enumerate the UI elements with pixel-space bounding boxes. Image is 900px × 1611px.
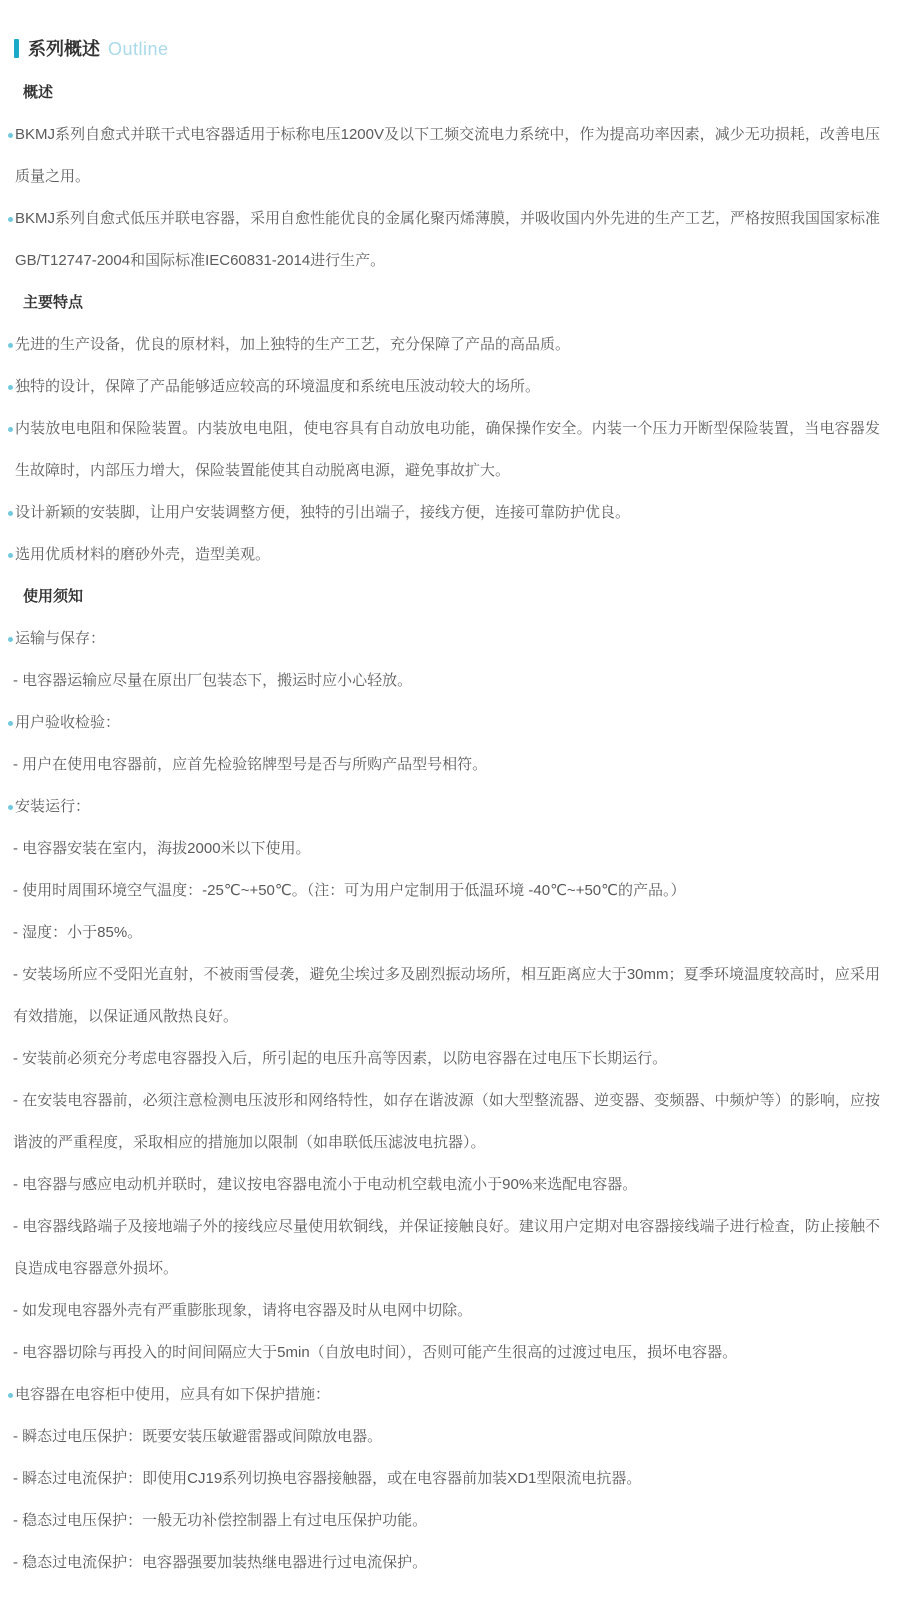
bullet-list-item: 内装放电电阻和保险装置。内装放电电阻，使电容具有自动放电功能，确保操作安全。内装… <box>0 408 880 492</box>
dash-list-item: - 用户在使用电容器前，应首先检验铭牌型号是否与所购产品型号相符。 <box>0 744 880 786</box>
list-item-text: - 瞬态过电压保护：既要安装压敏避雷器或间隙放电器。 <box>13 1428 382 1445</box>
list-item-text: - 使用时周围环境空气温度：-25℃~+50℃。（注：可为用户定制用于低温环境 … <box>13 882 685 899</box>
dash-list-item: - 安装前必须充分考虑电容器投入后，所引起的电压升高等因素，以防电容器在过电压下… <box>0 1038 880 1080</box>
dash-list-item: - 电容器与感应电动机并联时，建议按电容器电流小于电动机空载电流小于90%来选配… <box>0 1164 880 1206</box>
list-item-text: 用户验收检验： <box>15 714 120 731</box>
list-item-text: - 稳态过电流保护：电容器强要加装热继电器进行过电流保护。 <box>13 1554 427 1571</box>
list-item-text: 独特的设计，保障了产品能够适应较高的环境温度和系统电压波动较大的场所。 <box>15 378 540 395</box>
dash-list-item: - 稳态过电流保护：电容器强要加装热继电器进行过电流保护。 <box>0 1542 880 1584</box>
list-item-text: - 电容器与感应电动机并联时，建议按电容器电流小于电动机空载电流小于90%来选配… <box>13 1176 637 1193</box>
bullet-list-item: 安装运行： <box>0 786 880 828</box>
bullet-dot-icon <box>8 343 13 348</box>
bullet-dot-icon <box>8 721 13 726</box>
list-item-text: - 稳态过电压保护：一般无功补偿控制器上有过电压保护功能。 <box>13 1512 427 1529</box>
sub-heading: 使用须知 <box>0 576 880 618</box>
sub-heading: 概述 <box>0 72 880 114</box>
title-accent-bar-icon <box>14 39 19 58</box>
list-item-text: 运输与保存： <box>15 630 105 647</box>
bullet-list-item: 设计新颖的安装脚，让用户安装调整方便，独特的引出端子，接线方便，连接可靠防护优良… <box>0 492 880 534</box>
list-item-text: 安装运行： <box>15 798 90 815</box>
section-title-en: Outline <box>108 39 169 59</box>
dash-list-item: - 湿度：小于85%。 <box>0 912 880 954</box>
bullet-list-item: 选用优质材料的磨砂外壳，造型美观。 <box>0 534 880 576</box>
bullet-dot-icon <box>8 511 13 516</box>
bullet-dot-icon <box>8 217 13 222</box>
section-title: 系列概述Outline <box>0 28 880 72</box>
list-item-text: - 安装前必须充分考虑电容器投入后，所引起的电压升高等因素，以防电容器在过电压下… <box>13 1050 667 1067</box>
list-item-text: - 用户在使用电容器前，应首先检验铭牌型号是否与所购产品型号相符。 <box>13 756 487 773</box>
list-item-text: - 电容器线路端子及接地端子外的接线应尽量使用软铜线，并保证接触良好。建议用户定… <box>13 1218 880 1277</box>
dash-list-item: - 瞬态过电流保护：即使用CJ19系列切换电容器接触器，或在电容器前加装XD1型… <box>0 1458 880 1500</box>
list-item-text: 内装放电电阻和保险装置。内装放电电阻，使电容具有自动放电功能，确保操作安全。内装… <box>15 420 880 479</box>
list-item-text: 设计新颖的安装脚，让用户安装调整方便，独特的引出端子，接线方便，连接可靠防护优良… <box>15 504 630 521</box>
list-item-text: - 电容器运输应尽量在原出厂包装态下，搬运时应小心轻放。 <box>13 672 412 689</box>
list-item-text: - 电容器安装在室内，海拔2000米以下使用。 <box>13 840 311 857</box>
bullet-dot-icon <box>8 133 13 138</box>
dash-list-item: - 如发现电容器外壳有严重膨胀现象，请将电容器及时从电网中切除。 <box>0 1290 880 1332</box>
bullet-list-item: 独特的设计，保障了产品能够适应较高的环境温度和系统电压波动较大的场所。 <box>0 366 880 408</box>
list-item-text: 电容器在电容柜中使用，应具有如下保护措施： <box>15 1386 330 1403</box>
content-area: 概述BKMJ系列自愈式并联干式电容器适用于标称电压1200V及以下工频交流电力系… <box>0 72 880 1584</box>
sub-heading: 主要特点 <box>0 282 880 324</box>
dash-list-item: - 电容器安装在室内，海拔2000米以下使用。 <box>0 828 880 870</box>
dash-list-item: - 电容器切除与再投入的时间间隔应大于5min（自放电时间），否则可能产生很高的… <box>0 1332 880 1374</box>
bullet-dot-icon <box>8 427 13 432</box>
bullet-list-item: 用户验收检验： <box>0 702 880 744</box>
section-title-zh: 系列概述 <box>28 39 100 59</box>
list-item-text: BKMJ系列自愈式低压并联电容器，采用自愈性能优良的金属化聚丙烯薄膜，并吸收国内… <box>15 210 880 269</box>
bullet-dot-icon <box>8 385 13 390</box>
list-item-text: BKMJ系列自愈式并联干式电容器适用于标称电压1200V及以下工频交流电力系统中… <box>15 126 880 185</box>
bullet-list-item: 电容器在电容柜中使用，应具有如下保护措施： <box>0 1374 880 1416</box>
bullet-dot-icon <box>8 637 13 642</box>
bullet-dot-icon <box>8 805 13 810</box>
bullet-dot-icon <box>8 553 13 558</box>
list-item-text: - 电容器切除与再投入的时间间隔应大于5min（自放电时间），否则可能产生很高的… <box>13 1344 737 1361</box>
bullet-dot-icon <box>8 1393 13 1398</box>
bullet-list-item: BKMJ系列自愈式低压并联电容器，采用自愈性能优良的金属化聚丙烯薄膜，并吸收国内… <box>0 198 880 282</box>
dash-list-item: - 使用时周围环境空气温度：-25℃~+50℃。（注：可为用户定制用于低温环境 … <box>0 870 880 912</box>
list-item-text: - 湿度：小于85%。 <box>13 924 142 941</box>
bullet-list-item: BKMJ系列自愈式并联干式电容器适用于标称电压1200V及以下工频交流电力系统中… <box>0 114 880 198</box>
list-item-text: - 安装场所应不受阳光直射，不被雨雪侵袭，避免尘埃过多及剧烈振动场所，相互距离应… <box>13 966 880 1025</box>
bullet-list-item: 运输与保存： <box>0 618 880 660</box>
dash-list-item: - 安装场所应不受阳光直射，不被雨雪侵袭，避免尘埃过多及剧烈振动场所，相互距离应… <box>0 954 880 1038</box>
list-item-text: - 瞬态过电流保护：即使用CJ19系列切换电容器接触器，或在电容器前加装XD1型… <box>13 1470 641 1487</box>
list-item-text: 选用优质材料的磨砂外壳，造型美观。 <box>15 546 270 563</box>
dash-list-item: - 瞬态过电压保护：既要安装压敏避雷器或间隙放电器。 <box>0 1416 880 1458</box>
list-item-text: 先进的生产设备，优良的原材料，加上独特的生产工艺，充分保障了产品的高品质。 <box>15 336 570 353</box>
document-page: 系列概述Outline 概述BKMJ系列自愈式并联干式电容器适用于标称电压120… <box>0 0 900 1584</box>
list-item-text: - 如发现电容器外壳有严重膨胀现象，请将电容器及时从电网中切除。 <box>13 1302 472 1319</box>
dash-list-item: - 电容器线路端子及接地端子外的接线应尽量使用软铜线，并保证接触良好。建议用户定… <box>0 1206 880 1290</box>
dash-list-item: - 稳态过电压保护：一般无功补偿控制器上有过电压保护功能。 <box>0 1500 880 1542</box>
dash-list-item: - 在安装电容器前，必须注意检测电压波形和网络特性，如存在谐波源（如大型整流器、… <box>0 1080 880 1164</box>
bullet-list-item: 先进的生产设备，优良的原材料，加上独特的生产工艺，充分保障了产品的高品质。 <box>0 324 880 366</box>
list-item-text: - 在安装电容器前，必须注意检测电压波形和网络特性，如存在谐波源（如大型整流器、… <box>13 1092 880 1151</box>
dash-list-item: - 电容器运输应尽量在原出厂包装态下，搬运时应小心轻放。 <box>0 660 880 702</box>
